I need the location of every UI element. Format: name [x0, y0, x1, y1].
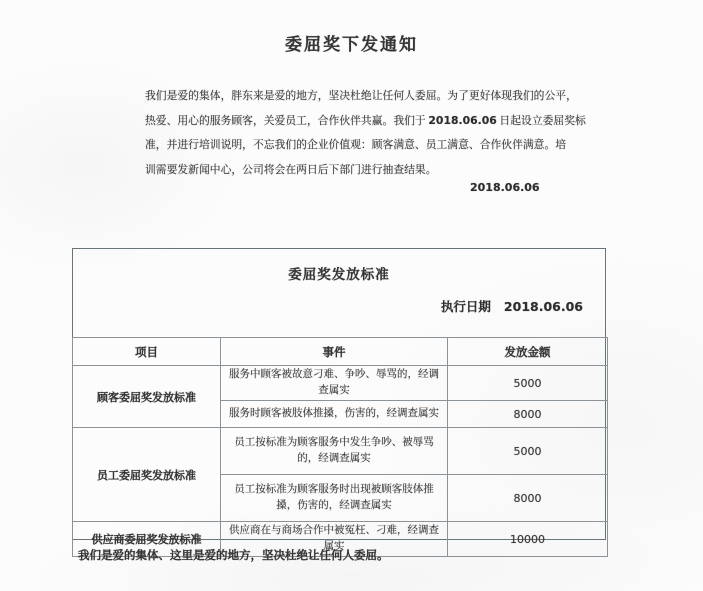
item-employee: 员工委屈奖发放标准	[73, 428, 221, 522]
standards-title: 委屈奖发放标准	[73, 263, 605, 283]
header-amount: 发放金额	[448, 338, 608, 366]
amount-employee-2: 8000	[448, 475, 608, 522]
execution-date-label: 执行日期	[441, 300, 491, 314]
amount-customer-1: 5000	[448, 366, 608, 401]
paragraph-line-2-post: 日起设立委屈奖标	[497, 115, 586, 127]
execution-date-value: 2018.06.06	[504, 299, 583, 314]
paragraph-line-4: 训需要发新闻中心，公司将会在两日后下部门进行抽查结果。	[145, 158, 575, 183]
scanned-notice-page: 委屈奖下发通知 我们是爱的集体，胖东来是爱的地方，坚决杜绝让任何人委屈。为了更好…	[0, 0, 703, 591]
header-item: 项目	[73, 338, 221, 366]
event-customer-2: 服务时顾客被肢体推搡，伤害的，经调查属实	[221, 401, 448, 428]
table-header-row: 项目 事件 发放金额	[73, 338, 608, 366]
event-employee-2: 员工按标准为顾客服务时出现被顾客肢体推搡，伤害的，经调查属实	[221, 475, 448, 522]
paragraph-line-2-pre: 热爱、用心的服务顾客，关爱员工，合作伙伴共赢。我们于	[145, 115, 428, 127]
paragraph-line-2: 热爱、用心的服务顾客，关爱员工，合作伙伴共赢。我们于 2018.06.06 日起…	[145, 109, 575, 134]
paragraph-line-3: 准，并进行培训说明，不忘我们的企业价值观：顾客满意、员工满意、合作伙伴满意。培	[145, 133, 575, 158]
inline-effective-date: 2018.06.06	[428, 114, 496, 127]
event-customer-1: 服务中顾客被故意刁难、争吵、辱骂的，经调查属实	[221, 366, 448, 401]
paragraph-line-1: 我们是爱的集体，胖东来是爱的地方，坚决杜绝让任何人委屈。为了更好体现我们的公平，	[145, 84, 575, 109]
event-employee-1: 员工按标准为顾客服务中发生争吵、被辱骂的，经调查属实	[221, 428, 448, 475]
amount-customer-2: 8000	[448, 401, 608, 428]
standards-box: 委屈奖发放标准 执行日期2018.06.06 项目 事件 发放金额 顾客委屈奖发…	[72, 248, 606, 540]
notice-paragraph: 我们是爱的集体，胖东来是爱的地方，坚决杜绝让任何人委屈。为了更好体现我们的公平，…	[145, 84, 575, 182]
table-row: 员工委屈奖发放标准 员工按标准为顾客服务中发生争吵、被辱骂的，经调查属实 500…	[73, 428, 608, 475]
standards-table: 项目 事件 发放金额 顾客委屈奖发放标准 服务中顾客被故意刁难、争吵、辱骂的，经…	[72, 337, 608, 557]
footer-slogan: 我们是爱的集体、这里是爱的地方，坚决杜绝让任何人委屈。	[78, 547, 389, 563]
amount-employee-1: 5000	[448, 428, 608, 475]
table-row: 顾客委屈奖发放标准 服务中顾客被故意刁难、争吵、辱骂的，经调查属实 5000	[73, 366, 608, 401]
execution-date-line: 执行日期2018.06.06	[441, 297, 583, 315]
amount-supplier-1: 10000	[448, 522, 608, 557]
header-event: 事件	[221, 338, 448, 366]
notice-date: 2018.06.06	[470, 181, 540, 194]
notice-title: 委屈奖下发通知	[0, 30, 703, 55]
item-customer: 顾客委屈奖发放标准	[73, 366, 221, 428]
